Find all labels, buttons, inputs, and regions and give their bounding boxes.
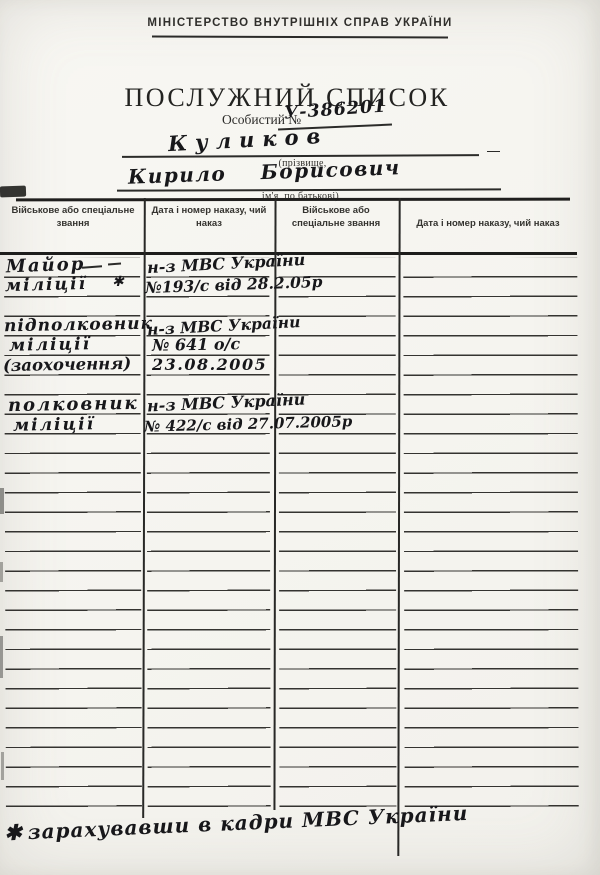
entry1-asterisk-mark: ✱	[112, 275, 124, 290]
column-header-order-left: Дата і номер наказу, чий наказ	[150, 205, 268, 231]
scan-artifact-edge2	[0, 562, 3, 582]
scan-artifact-edge3	[0, 636, 3, 678]
column-header-rank-right: Військове або спеціальне звання	[280, 205, 392, 231]
surname-line-dash	[487, 151, 500, 152]
entry2-rank-line1: підполковник	[4, 316, 153, 336]
entry1-rank-line2: міліції	[5, 276, 88, 296]
column-header-order-right: Дата і номер наказу, чий наказ	[402, 218, 574, 231]
ministry-underline	[152, 35, 448, 38]
footnote-asterisk-mark: ✱	[4, 819, 24, 845]
ruled-lines-col3	[279, 258, 397, 809]
ruled-lines-col4	[403, 258, 578, 809]
entry2-rank-line2: міліції	[9, 336, 91, 355]
scan-artifact-edge4	[1, 752, 4, 780]
ministry-header: МІНІСТЕРСТВО ВНУТРІШНІХ СПРАВ УКРАЇНИ	[0, 17, 600, 29]
scan-artifact-blob	[0, 186, 26, 198]
entry2-order-line2: № 641 о/с	[152, 336, 240, 354]
table-top-border	[16, 198, 570, 201]
entry3-rank-line2: міліції	[13, 416, 95, 435]
entry2-rank-line3: (заохочення)	[3, 355, 131, 375]
entry3-rank-line1: полковник	[8, 395, 139, 416]
column-divider-3	[397, 198, 400, 856]
given-name-value: Кирило Борисович	[128, 157, 401, 188]
scan-artifact-edge1	[0, 488, 4, 514]
surname-value: Куликов	[168, 125, 329, 155]
entry2-order-line3: 23.08.2005	[152, 357, 267, 374]
service-record-page: МІНІСТЕРСТВО ВНУТРІШНІХ СПРАВ УКРАЇНИ ПО…	[0, 0, 600, 875]
column-header-rank-left: Військове або спеціальне звання	[8, 205, 138, 231]
